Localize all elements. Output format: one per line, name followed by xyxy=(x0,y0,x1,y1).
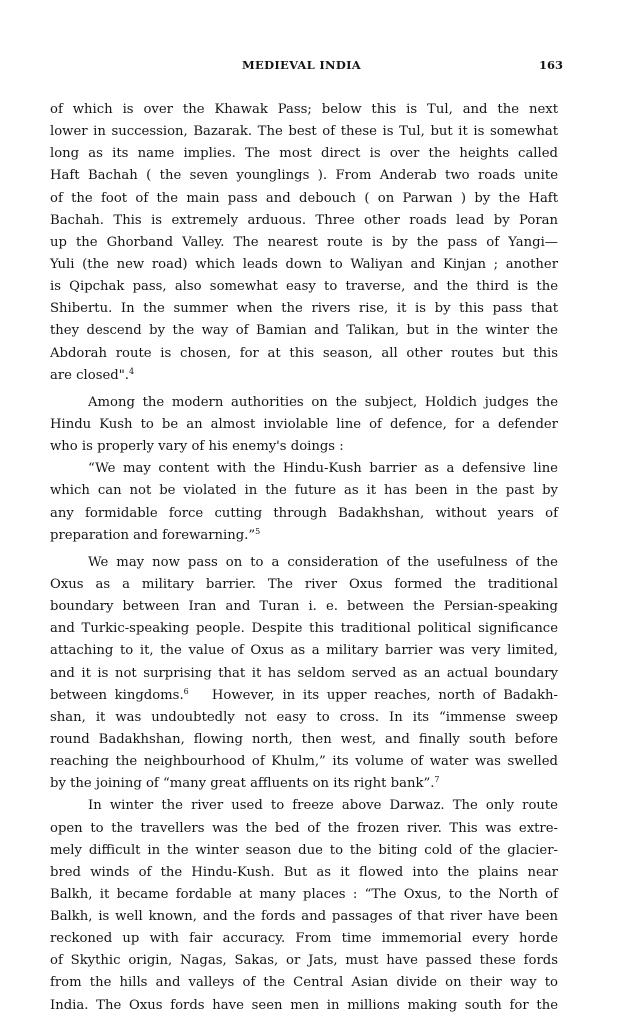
body-text: of which is over the Khawak Pass; below … xyxy=(50,99,558,1017)
text-line: open to the travellers was the bed of th… xyxy=(50,818,558,840)
footnote-ref[interactable]: 4 xyxy=(129,367,134,376)
text-line: mely difficult in the winter season due … xyxy=(50,840,558,862)
text-fragment: by the joining of “many great affluents … xyxy=(50,776,434,791)
text-line: Balkh, it became fordable at many places… xyxy=(50,884,558,906)
text-line: who is properly vary of his enemy's doin… xyxy=(50,436,558,458)
text-line: Bachah. This is extremely arduous. Three… xyxy=(50,210,558,232)
text-fragment: are closed". xyxy=(50,368,129,383)
footnote-ref[interactable]: 6 xyxy=(184,687,189,696)
paragraph-continuation: of which is over the Khawak Pass; below … xyxy=(50,99,558,387)
block-quote: “We may content with the Hindu-Kush barr… xyxy=(50,458,558,547)
text-line: and it is not surprising that it has sel… xyxy=(50,663,558,685)
text-line: preparation and forewarning.”5 xyxy=(50,525,558,547)
text-fragment: preparation and forewarning.” xyxy=(50,528,255,543)
text-line: Among the modern authorities on the subj… xyxy=(50,392,558,414)
text-line: round Badakhshan, flowing north, then we… xyxy=(50,729,558,751)
text-line: any formidable force cutting through Bad… xyxy=(50,503,558,525)
book-page: MEDIEVAL INDIA 163 of which is over the … xyxy=(0,0,629,1023)
text-line: We may now pass on to a consideration of… xyxy=(50,552,558,574)
text-line: “We may content with the Hindu-Kush barr… xyxy=(50,458,558,480)
text-line: and Turkic-speaking people. Despite this… xyxy=(50,618,558,640)
text-line: shan, it was undoubtedly not easy to cro… xyxy=(50,707,558,729)
text-line: of which is over the Khawak Pass; below … xyxy=(50,99,558,121)
text-line: are closed".4 xyxy=(50,365,558,387)
text-line: by the joining of “many great affluents … xyxy=(50,773,558,795)
text-line: Oxus as a military barrier. The river Ox… xyxy=(50,574,558,596)
text-line: which can not be violated in the future … xyxy=(50,480,558,502)
text-line: Yuli (the new road) which leads down to … xyxy=(50,254,558,276)
paragraph: We may now pass on to a consideration of… xyxy=(50,552,558,796)
running-title: MEDIEVAL INDIA xyxy=(40,58,563,72)
paragraph: In winter the river used to freeze above… xyxy=(50,795,558,1016)
text-line: up the Ghorband Valley. The nearest rout… xyxy=(50,232,558,254)
text-line: lower in succession, Bazarak. The best o… xyxy=(50,121,558,143)
text-line: from the hills and valleys of the Centra… xyxy=(50,972,558,994)
text-line: reckoned up with fair accuracy. From tim… xyxy=(50,928,558,950)
text-line: Haft Bachah ( the seven younglings ). Fr… xyxy=(50,165,558,187)
text-line: is Qipchak pass, also somewhat easy to t… xyxy=(50,276,558,298)
text-line: attaching to it, the value of Oxus as a … xyxy=(50,640,558,662)
text-line: boundary between Iran and Turan i. e. be… xyxy=(50,596,558,618)
text-line: they descend by the way of Bamian and Ta… xyxy=(50,320,558,342)
text-line: long as its name implies. The most direc… xyxy=(50,143,558,165)
footnote-ref[interactable]: 5 xyxy=(255,527,260,536)
running-head: MEDIEVAL INDIA 163 xyxy=(40,56,563,76)
text-line: bred winds of the Hindu-Kush. But as it … xyxy=(50,862,558,884)
text-line: Hindu Kush to be an almost inviolable li… xyxy=(50,414,558,436)
text-line: of Skythic origin, Nagas, Sakas, or Jats… xyxy=(50,950,558,972)
text-line: between kingdoms.6 However, in its upper… xyxy=(50,685,558,707)
text-line: In winter the river used to freeze above… xyxy=(50,795,558,817)
text-line: of the foot of the main pass and debouch… xyxy=(50,188,558,210)
text-line: reaching the neighbourhood of Khulm,” it… xyxy=(50,751,558,773)
page-number: 163 xyxy=(539,58,563,72)
text-fragment: between kingdoms. xyxy=(50,688,184,703)
text-line: Balkh, is well known, and the fords and … xyxy=(50,906,558,928)
footnote-ref[interactable]: 7 xyxy=(434,775,439,784)
text-line: Abdorah route is chosen, for at this sea… xyxy=(50,343,558,365)
text-line: Shibertu. In the summer when the rivers … xyxy=(50,298,558,320)
paragraph: Among the modern authorities on the subj… xyxy=(50,392,558,458)
text-line: India. The Oxus fords have seen men in m… xyxy=(50,995,558,1017)
text-fragment: However, in its upper reaches, north of … xyxy=(212,688,558,703)
